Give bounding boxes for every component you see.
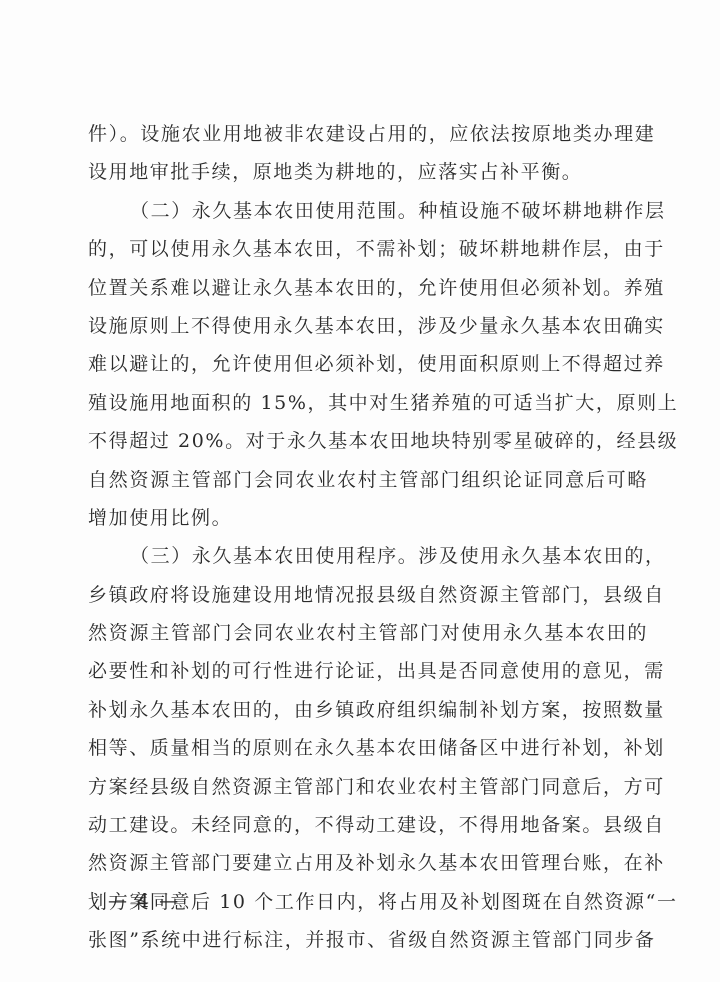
text-line: 方案经县级自然资源主管部门和农业农村主管部门同意后，方可 [88, 768, 648, 806]
text-line: 张图”系统中进行标注，并报市、省级自然资源主管部门同步备 [88, 921, 648, 959]
document-page: 件）。设施农业用地被非农建设占用的，应依法按原地类办理建 设用地审批手续，原地类… [0, 0, 720, 982]
text-line: 设施原则上不得使用永久基本农田，涉及少量永久基本农田确实 [88, 307, 648, 345]
text-line: 设用地审批手续，原地类为耕地的，应落实占补平衡。 [88, 153, 648, 191]
text-line: 自然资源主管部门会同农业农村主管部门组织论证同意后可略 [88, 461, 648, 499]
section-heading: （三）永久基本农田使用程序。 [130, 545, 418, 567]
text-line: 件）。设施农业用地被非农建设占用的，应依法按原地类办理建 [88, 115, 648, 153]
section-heading: （二）永久基本农田使用范围。 [130, 200, 418, 222]
body-text: 件）。设施农业用地被非农建设占用的，应依法按原地类办理建 设用地审批手续，原地类… [88, 115, 648, 960]
text-line: 增加使用比例。 [88, 499, 648, 537]
section-text: 涉及使用永久基本农田的， [418, 545, 665, 567]
text-line: 相等、质量相当的原则在永久基本农田储备区中进行补划，补划 [88, 729, 648, 767]
text-line: 的，可以使用永久基本农田，不需补划；破坏耕地耕作层，由于 [88, 230, 648, 268]
text-line: 必要性和补划的可行性进行论证，出具是否同意使用的意见，需 [88, 652, 648, 690]
section-text: 种植设施不破坏耕地耕作层 [418, 200, 665, 222]
text-line: 不得超过 20%。对于永久基本农田地块特别零星破碎的，经县级 [88, 422, 648, 460]
text-line: 补划永久基本农田的，由乡镇政府组织编制补划方案，按照数量 [88, 691, 648, 729]
text-line: 难以避让的，允许使用但必须补划，使用面积原则上不得超过养 [88, 345, 648, 383]
text-line: 殖设施用地面积的 15%，其中对生猪养殖的可适当扩大，原则上 [88, 384, 648, 422]
text-line: 位置关系难以避让永久基本农田的，允许使用但必须补划。养殖 [88, 269, 648, 307]
section-heading-line: （二）永久基本农田使用范围。种植设施不破坏耕地耕作层 [88, 192, 648, 230]
text-line: 乡镇政府将设施建设用地情况报县级自然资源主管部门，县级自 [88, 576, 648, 614]
text-line: 然资源主管部门要建立占用及补划永久基本农田管理台账，在补 [88, 844, 648, 882]
page-number: — 4 — [108, 890, 180, 912]
section-heading-line: （三）永久基本农田使用程序。涉及使用永久基本农田的， [88, 537, 648, 575]
text-line: 动工建设。未经同意的，不得动工建设，不得用地备案。县级自 [88, 806, 648, 844]
text-line: 然资源主管部门会同农业农村主管部门对使用永久基本农田的 [88, 614, 648, 652]
